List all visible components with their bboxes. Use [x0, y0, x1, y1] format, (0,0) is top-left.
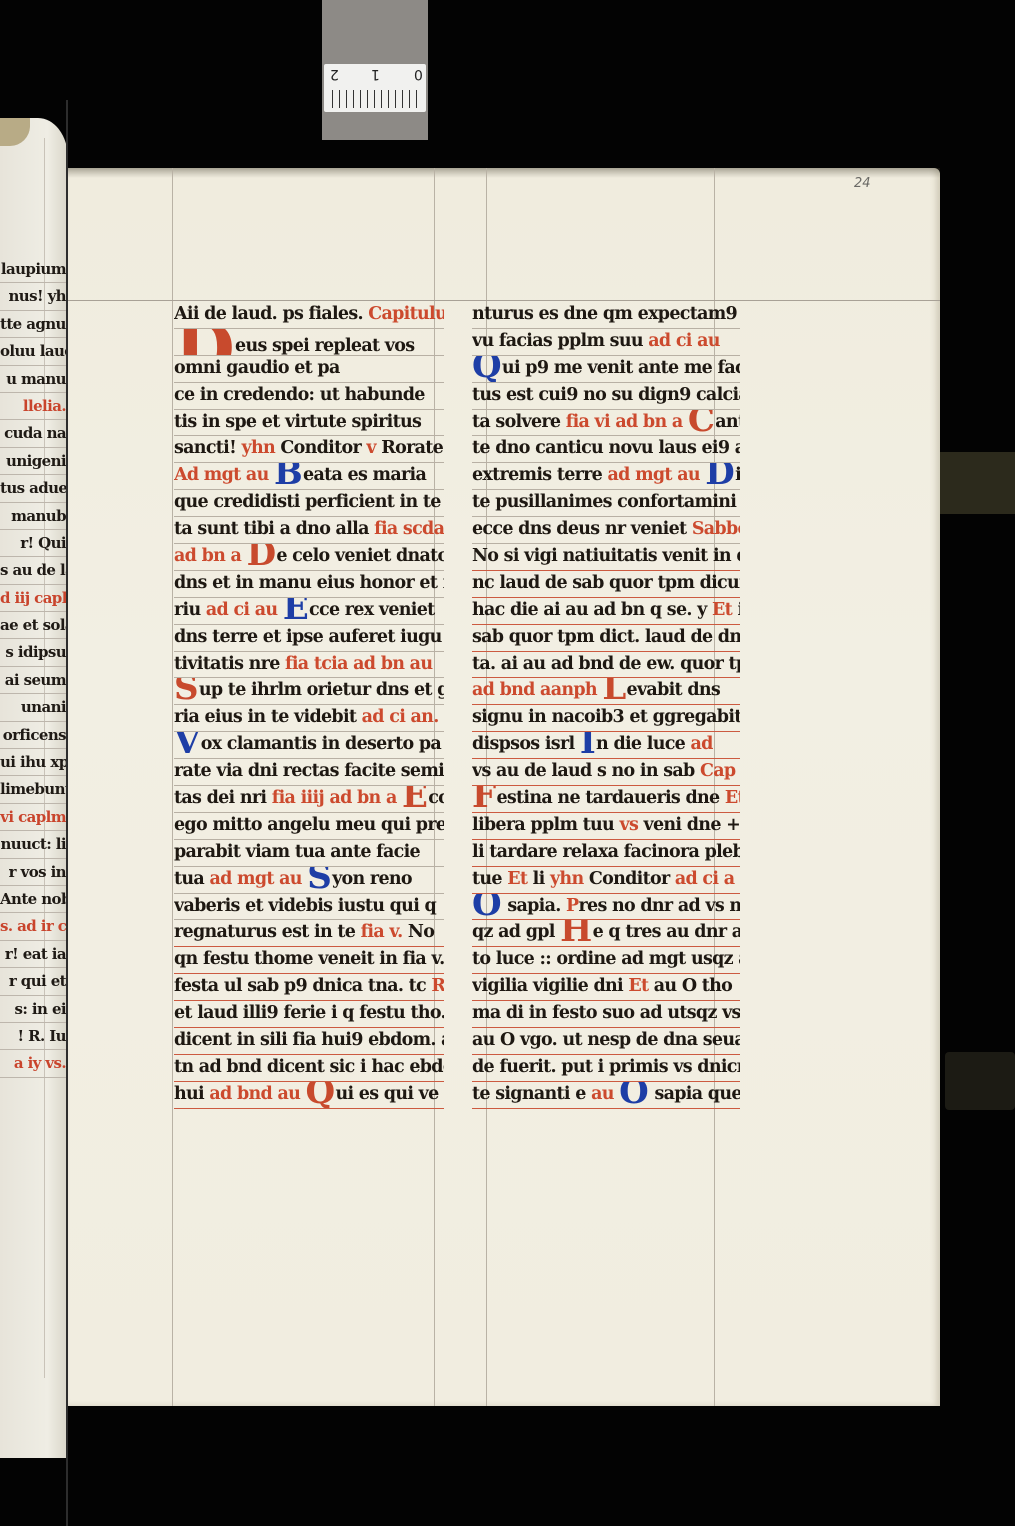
black-text: qn festu thome veneit in fia v.	[174, 949, 444, 969]
black-text: ox clamantis in deserto pa	[201, 734, 441, 754]
text-line: parabit viam tua ante facie	[174, 840, 444, 867]
blue-initial-letter: V	[174, 732, 200, 752]
text-line: et laud illi9 ferie i q festu tho. fuit	[174, 1001, 444, 1028]
red-initial-letter: F	[472, 786, 495, 806]
text-line: dns terre et ipse auferet iugu cap	[174, 625, 444, 652]
folio-number: 24	[854, 176, 871, 191]
black-text: libera pplm tuu	[472, 815, 619, 835]
text-line: O sapia. Pres no dnr ad vs ne	[472, 894, 740, 921]
black-text: e q tres au dnr a fel	[593, 922, 740, 942]
black-text: ta solvere	[472, 412, 566, 432]
rubric-text: Et	[507, 869, 532, 889]
text-line: qn festu thome veneit in fia v.	[174, 947, 444, 974]
text-line: ad bnd aanph Levabit dns	[472, 678, 740, 705]
left-page-line: ! R. Iu	[0, 1023, 66, 1050]
rubric-text: R	[431, 976, 444, 996]
text-line: te dno canticu novu laus ei9 ab	[472, 436, 740, 463]
black-text: ecce dns deus nr veniet	[472, 519, 692, 539]
black-text: extremis terre	[472, 465, 608, 485]
text-line: ta. ai au ad bnd de ew. quor tpz.	[472, 652, 740, 679]
blue-initial-letter: I	[580, 732, 595, 752]
text-line: de fuerit. put i primis vs dnicr qr	[472, 1055, 740, 1082]
black-text: veni dne + no	[644, 815, 741, 835]
rubric-text: Sabbo	[692, 519, 740, 539]
rubric-text: fia iiij ad bn a	[272, 788, 402, 808]
text-line: vaberis et videbis iustu qui q	[174, 894, 444, 921]
text-line: Aii de laud. ps fiales. Capitulu	[174, 302, 444, 329]
left-page-line: unani	[0, 694, 66, 721]
black-text: parabit viam tua ante facie	[174, 842, 420, 862]
left-page-line: oluu laud	[0, 338, 66, 365]
rubric-text: Et	[712, 600, 732, 620]
text-line: tue Et li yhn Conditor ad ci a	[472, 867, 740, 894]
text-line: dicent in sili fia hui9 ebdom. au.	[174, 1028, 444, 1055]
black-text: ria eius in te videbit	[174, 707, 362, 727]
text-line: ma di in festo suo ad utsqz vs Et	[472, 1001, 740, 1028]
black-text: ui p9 me venit ante me fac	[502, 358, 740, 378]
blue-initial-letter: Q	[472, 356, 501, 376]
black-text: to luce :: ordine ad mgt usqz ad	[472, 949, 740, 969]
text-line: tn ad bnd dicent sic i hac ebdo	[174, 1055, 444, 1082]
text-line: ego mitto angelu meu qui pre	[174, 813, 444, 840]
left-page-line: vi caplm	[0, 804, 66, 831]
black-text: ta sunt tibi a dno alla	[174, 519, 374, 539]
black-text: evabit dns	[627, 680, 721, 700]
rubric-text: Capitulu	[368, 304, 444, 324]
text-line: hac die ai au ad bn q se. y Et in	[472, 598, 740, 625]
ruler-label-0: 0	[414, 66, 423, 82]
left-page-line: tus adue	[0, 475, 66, 502]
left-page-line: cuda na	[0, 420, 66, 447]
centimeter-ruler: 0 1 2	[324, 64, 426, 112]
rubric-text: ad ci au	[206, 600, 283, 620]
text-column-1: Aii de laud. ps fiales. CapituluDeus spe…	[174, 302, 444, 1109]
text-line: regnaturus est in te fia v. No	[174, 920, 444, 947]
text-line: tus est cui9 no su dign9 calciame	[472, 383, 740, 410]
text-line: extremis terre ad mgt au Dica	[472, 463, 740, 490]
text-line: li tardare relaxa facinora plebis	[472, 840, 740, 867]
blue-initial-letter: D	[705, 463, 734, 483]
black-text: res no dnr ad vs ne	[578, 896, 740, 916]
rubric-text: yhn	[550, 869, 589, 889]
black-text: anta	[715, 412, 740, 432]
text-line: dispsos isrl In die luce ad	[472, 732, 740, 759]
left-page-line: s idipsu	[0, 639, 66, 666]
text-line: tua ad mgt au Syon reno	[174, 867, 444, 894]
rubric-text: P	[566, 896, 578, 916]
black-text: au O tho	[654, 976, 732, 996]
left-page-line: ai seum	[0, 667, 66, 694]
black-text: Aii de laud. ps fiales.	[174, 304, 368, 324]
black-text: vigilia vigilie dni	[472, 976, 628, 996]
left-page-line: r! Qui	[0, 530, 66, 557]
rubric-text: vs	[619, 815, 643, 835]
text-line: sab quor tpm dict. laud de dnc qr	[472, 625, 740, 652]
ruler-label-1: 1	[371, 66, 380, 82]
left-page-line: tte agnu d	[0, 311, 66, 338]
rubric-text: au	[591, 1084, 619, 1104]
black-text: sapia.	[502, 896, 566, 916]
black-text: ica	[735, 465, 740, 485]
text-line: tis in spe et virtute spiritus	[174, 410, 444, 437]
ruler-label-2: 2	[330, 66, 339, 82]
text-line: ta sunt tibi a dno alla fia scda	[174, 517, 444, 544]
black-text: rate via dni rectas facite semi	[174, 761, 444, 781]
text-line: Vox clamantis in deserto pa	[174, 732, 444, 759]
rubric-text: ad mgt au	[209, 869, 307, 889]
left-page-line: limebunt	[0, 776, 66, 803]
page-top-shadow	[68, 168, 940, 178]
black-text: e celo veniet dnator	[276, 546, 444, 566]
text-line: vs au de laud s no in sab Cap de dnc.	[472, 759, 740, 786]
rubric-text: fia tcia ad bn au	[285, 654, 432, 674]
left-page-line: nuuct: li	[0, 831, 66, 858]
black-text: up te ihrlm orietur dns et glo	[199, 680, 444, 700]
blue-initial-letter: S	[307, 867, 331, 887]
red-initial-letter: C	[688, 410, 714, 430]
rubric-text: ad ci an.	[362, 707, 439, 727]
black-text: tue	[472, 869, 507, 889]
left-page-line: s. ad ir cap	[0, 913, 66, 940]
black-text: te dno canticu novu laus ei9 ab	[472, 438, 740, 458]
text-line: tivitatis nre fia tcia ad bn au	[174, 652, 444, 679]
text-line: signu in nacoib3 et ggregabit	[472, 705, 740, 732]
text-line: ad bn a De celo veniet dnator	[174, 544, 444, 571]
text-line: que credidisti perficient in te q dic	[174, 490, 444, 517]
left-page-line: llelia.	[0, 393, 66, 420]
rubric-text: Ad mgt au	[174, 465, 274, 485]
text-line: hui ad bnd au Qui es qui ve	[174, 1082, 444, 1109]
red-initial-letter: H	[560, 920, 591, 940]
black-text: dns terre et ipse auferet iugu cap	[174, 627, 444, 647]
red-initial-letter: E	[402, 786, 427, 806]
black-text: tn ad bnd dicent sic i hac ebdo	[174, 1057, 444, 1077]
black-text: ego mitto angelu meu qui pre	[174, 815, 444, 835]
black-text: tas dei nri	[174, 788, 272, 808]
text-line: ria eius in te videbit ad ci an.	[174, 705, 444, 732]
left-page-line: ui ihu xpi	[0, 749, 66, 776]
black-text: sapia que ex	[649, 1084, 740, 1104]
black-text: tivitatis nre	[174, 654, 285, 674]
worn-page-edge	[0, 118, 30, 146]
manuscript-folio: 24 Aii de laud. ps fiales. CapituluDeus …	[68, 168, 940, 1406]
black-text: n die luce	[596, 734, 690, 754]
black-text: vu facias pplm suu	[472, 331, 648, 351]
blue-initial-letter: O	[619, 1082, 648, 1102]
black-text: hac die ai au ad bn q se. y	[472, 600, 712, 620]
black-text: Conditor	[589, 869, 675, 889]
black-text: qz ad gpl	[472, 922, 560, 942]
rubric-text: ad	[691, 734, 713, 754]
rubric-text: fia vi ad bn a	[566, 412, 688, 432]
black-text: eus spei repleat vos	[235, 336, 414, 356]
rubric-text: v	[366, 438, 381, 458]
text-line: libera pplm tuu vs veni dne + no	[472, 813, 740, 840]
text-line: qz ad gpl He q tres au dnr a fel	[472, 920, 740, 947]
black-text: de dnc.	[735, 761, 740, 781]
ruling-vertical-1	[172, 168, 173, 1406]
left-page-line: ae et sola	[0, 612, 66, 639]
left-page-line: orficens	[0, 722, 66, 749]
left-page-line: a iy vs.	[0, 1050, 66, 1077]
ruling-top-line	[68, 300, 940, 301]
left-page-text-fragments: laupiumnus! yhtte agnu doluu laudu manul…	[0, 256, 66, 1078]
text-line: ce in credendo: ut habunde	[174, 383, 444, 410]
left-page-line: d iij caplin	[0, 585, 66, 612]
black-text: riu	[174, 600, 206, 620]
color-scale-bar: 0 1 2	[322, 0, 428, 140]
black-text: No	[408, 922, 434, 942]
black-text: vaberis et videbis iustu qui q	[174, 896, 436, 916]
book-clasp-lower	[945, 1052, 1015, 1110]
rubric-text: ad bn a	[174, 546, 247, 566]
black-text: ma di in festo suo ad utsqz vs	[472, 1003, 740, 1023]
black-text: cce rex veniet	[309, 600, 435, 620]
left-page-line: r qui et	[0, 968, 66, 995]
black-text: au O vgo. ut nesp de dna seua	[472, 1030, 740, 1050]
left-page-line: laupium	[0, 256, 66, 283]
text-line: tas dei nri fia iiij ad bn a Ecce	[174, 786, 444, 813]
text-line: te signanti e au O sapia que ex	[472, 1082, 740, 1109]
black-text: dispsos isrl	[472, 734, 580, 754]
black-text: nc laud de sab quor tpm dicunt	[472, 573, 740, 593]
text-line: Ad mgt au Beata es maria	[174, 463, 444, 490]
text-line: riu ad ci au Ecce rex veniet	[174, 598, 444, 625]
black-text: in	[732, 600, 740, 620]
black-text: nturus es dne qm expectam9 ut sal	[472, 304, 740, 324]
left-page-line: Ante nob	[0, 886, 66, 913]
text-line: dns et in manu eius honor et ipe	[174, 571, 444, 598]
black-text: et laud illi9 ferie i q festu tho. fuit	[174, 1003, 444, 1023]
black-text: que credidisti perficient in te q dic	[174, 492, 444, 512]
text-line: festa ul sab p9 dnica tna. tc R	[174, 974, 444, 1001]
text-line: omni gaudio et pa	[174, 356, 444, 383]
black-text: dns et in manu eius honor et ipe	[174, 573, 444, 593]
text-line: sancti! yhn Conditor v Rorate	[174, 436, 444, 463]
black-text: signu in nacoib3 et ggregabit	[472, 707, 740, 727]
left-page-line: nus! yh	[0, 283, 66, 310]
black-text: li	[533, 869, 550, 889]
blue-initial-letter: E	[283, 598, 308, 618]
black-text: tis in spe et virtute spiritus	[174, 412, 421, 432]
black-text: ui es qui ve	[335, 1084, 438, 1104]
text-line: Deus spei repleat vos	[174, 329, 444, 356]
rubric-text: ad bnd au	[209, 1084, 305, 1104]
black-text: Conditor	[280, 438, 366, 458]
text-line: ecce dns deus nr veniet Sabbo	[472, 517, 740, 544]
ruler-ticks	[332, 90, 418, 108]
black-text: dicent in sili fia hui9 ebdom. au.	[174, 1030, 444, 1050]
left-page-line: s: in ei	[0, 996, 66, 1023]
book-clasp-upper	[940, 452, 1015, 514]
text-line: Festina ne tardaueris dne Et	[472, 786, 740, 813]
left-page-line: r! eat ia	[0, 941, 66, 968]
black-text: Rorate	[381, 438, 443, 458]
rubric-text: Cap	[700, 761, 735, 781]
red-initial-letter: S	[174, 678, 198, 698]
rubric-text: ad mgt au	[608, 465, 706, 485]
black-text: vs au de laud s no in sab	[472, 761, 700, 781]
black-text: tus est cui9 no su dign9 calciame	[472, 385, 740, 405]
black-text: de fuerit. put i primis vs dnicr qr	[472, 1057, 740, 1077]
black-text: No si vigi natiuitatis venit in dnc	[472, 546, 740, 566]
left-facing-page: laupiumnus! yhtte agnu doluu laudu manul…	[0, 118, 68, 1458]
rubric-text: ad ci au	[648, 331, 720, 351]
text-line: No si vigi natiuitatis venit in dnc	[472, 544, 740, 571]
left-page-line: unigeni	[0, 448, 66, 475]
rubric-text: Et	[725, 788, 740, 808]
black-text: sab quor tpm dict. laud de dnc qr	[472, 627, 740, 647]
black-text: te pusillanimes confortamini	[472, 492, 736, 512]
black-text: omni gaudio et pa	[174, 358, 340, 378]
black-text: ce in credendo: ut habunde	[174, 385, 425, 405]
text-line: rate via dni rectas facite semi	[174, 759, 444, 786]
black-text: yon reno	[332, 869, 412, 889]
left-page-line: u manu	[0, 366, 66, 393]
rubric-text: ad bnd aanph	[472, 680, 602, 700]
left-page-line: manub	[0, 503, 66, 530]
text-line: vu facias pplm suu ad ci au	[472, 329, 740, 356]
text-line: ta solvere fia vi ad bn a Canta	[472, 410, 740, 437]
black-text: estina ne tardaueris dne	[496, 788, 724, 808]
text-line: te pusillanimes confortamini	[472, 490, 740, 517]
red-initial-letter: Q	[306, 1082, 335, 1102]
blue-initial-letter: B	[274, 463, 302, 483]
black-text: ta. ai au ad bnd de ew. quor tpz.	[472, 654, 740, 674]
rubric-text: Et	[628, 976, 653, 996]
red-initial-letter: D	[174, 329, 234, 356]
black-text: festa ul sab p9 dnica tna. tc	[174, 976, 431, 996]
rubric-text: fia scda	[374, 519, 444, 539]
text-line: to luce :: ordine ad mgt usqz ad	[472, 947, 740, 974]
blue-initial-letter: O	[472, 894, 501, 914]
red-initial-letter: L	[602, 678, 625, 698]
text-line: nc laud de sab quor tpm dicunt	[472, 571, 740, 598]
left-page-line: r vos in	[0, 859, 66, 886]
black-text: te signanti e	[472, 1084, 591, 1104]
black-text: tua	[174, 869, 209, 889]
text-line: Qui p9 me venit ante me fac	[472, 356, 740, 383]
text-line: Sup te ihrlm orietur dns et glo	[174, 678, 444, 705]
text-column-2: nturus es dne qm expectam9 ut salvu faci…	[472, 302, 740, 1109]
left-page-line: s au de lau	[0, 557, 66, 584]
black-text: eata es maria	[303, 465, 426, 485]
rubric-text: yhn	[241, 438, 280, 458]
black-text: regnaturus est in te	[174, 922, 361, 942]
black-text: sancti!	[174, 438, 241, 458]
rubric-text: ad ci a	[675, 869, 735, 889]
text-line: nturus es dne qm expectam9 ut sal	[472, 302, 740, 329]
rubric-text: fia v.	[361, 922, 408, 942]
text-line: au O vgo. ut nesp de dna seua	[472, 1028, 740, 1055]
black-text: li tardare relaxa facinora plebis	[472, 842, 740, 862]
red-initial-letter: D	[247, 544, 276, 564]
text-line: vigilia vigilie dni Et au O tho	[472, 974, 740, 1001]
black-text: cce	[428, 788, 444, 808]
black-text: hui	[174, 1084, 209, 1104]
